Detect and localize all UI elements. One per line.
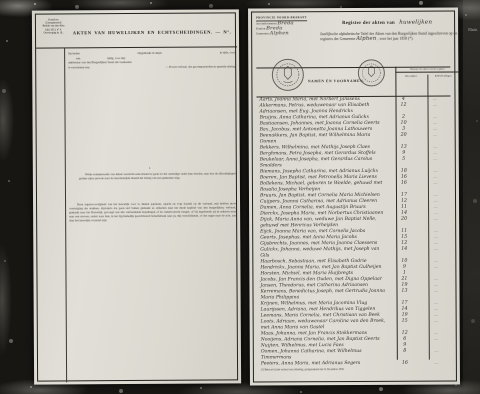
act-form-block: Op heden Opgemaakt in duplo in tijds, vo…: [68, 50, 235, 69]
row-echtscheidingen-num: —: [421, 348, 452, 354]
row-huwelijken-num: 5: [388, 157, 420, 163]
table-row: Beenakkers, Jan Baptist, met Wilhelmina …: [257, 132, 451, 145]
row-name: Oomen, Johanna Catharina, met Wilhelmus …: [258, 349, 389, 362]
table-row: Akkermans, Petrus, weduwenaar van Elisab…: [257, 102, 451, 115]
printed-note-paragraph-1: Welke nommerreeks van Akten vereischt ee…: [79, 171, 236, 180]
left-page: Kosteloos (Geregistreerd) Besluit van de…: [32, 9, 241, 384]
round-ink-stamp-right: [357, 59, 385, 87]
row-echtscheidingen-num: —: [420, 288, 451, 294]
table-row: Beukelaar, Anna Josepha, met Gerardus Ca…: [257, 156, 451, 169]
title-rule: [36, 46, 237, 48]
form-verschenen: is verschenen enz.: [68, 65, 90, 70]
scanned-register-photo: Kosteloos (Geregistreerd) Besluit van de…: [0, 0, 480, 394]
row-name: Dijck, Maria Anna van, weduwe Jan Baptis…: [257, 217, 388, 230]
row-huwelijken-num: 8: [389, 349, 421, 355]
left-page-border: Kosteloos (Geregistreerd) Besluit van de…: [35, 12, 238, 381]
gemeente-value: Alphen: [270, 30, 289, 36]
form-opgemaakt: Opgemaakt in duplo: [138, 51, 163, 56]
intro-gemeente-handwritten: Alphen: [356, 36, 376, 42]
row-name: Beenakkers, Jan Baptist, met Wilhelmina …: [257, 133, 388, 146]
bladz-label: Bladz.: [468, 28, 478, 32]
table-intro-paragraph: Jaarlijksche alphabetische Tafel der Akt…: [320, 31, 457, 43]
alphabetical-table: NAMEN EN VOORNAMEN. Nummer der akten van…: [256, 66, 452, 377]
intro-line3: jaar 1858 (*).: [393, 37, 414, 41]
table-footnote: (*) Behoort bij het verbaal van afsluiti…: [261, 368, 344, 371]
row-echtscheidingen-num: —: [420, 264, 451, 270]
printed-note-paragraph-2: Deze tegenwoordigheid van het huwelijk v…: [69, 201, 236, 222]
province-corner-block: PROVINCIE NOORD-BRABANT Arrondissement B…: [256, 16, 318, 36]
register-heading-handwritten: huwelijken: [399, 20, 432, 26]
table-row: Dijck, Maria Anna van, weduwe Jan Baptis…: [257, 216, 451, 229]
table-row: Peeters, Anna Maria, met Adrianus Segers…: [258, 360, 452, 365]
row-huwelijken-num: 14: [388, 247, 420, 253]
row-echtscheidingen-num: —: [420, 102, 451, 108]
row-name: Gulickx, Johanna, weduwe Mathijs, met Jo…: [257, 247, 388, 260]
right-page: PROVINCIE NOORD-BRABANT Arrondissement B…: [248, 7, 460, 385]
echtscheidingen-subheader: Echtscheidingen.: [427, 73, 459, 81]
row-huwelijken-num: 15: [389, 319, 421, 325]
row-echtscheidingen-num: —: [421, 336, 452, 342]
register-heading-label: Register der akten van: [342, 21, 395, 26]
row-echtscheidingen-num: —: [421, 318, 452, 324]
row-huwelijken-num: 16: [388, 181, 420, 187]
table-row: Oomen, Johanna Catharina, met Wilhelmus …: [258, 348, 452, 361]
row-name: Beukelaar, Anna Josepha, met Gerardus Ca…: [257, 157, 388, 170]
row-echtscheidingen-num: —: [421, 360, 452, 365]
number-group-header: Nummer der akten van het register: [395, 66, 459, 72]
row-huwelijken-num: 12: [388, 103, 420, 109]
row-huwelijken-num: 20: [388, 133, 420, 139]
left-page-title: AKTEN VAN HUWELIJKEN EN ECHTSCHEIDINGEN.…: [66, 29, 238, 35]
row-name: Bollekens, Michael, geboren te Weelde, g…: [257, 181, 388, 194]
row-echtscheidingen-num: —: [420, 246, 451, 252]
page-mark: 1: [149, 166, 151, 170]
round-ink-stamp-left: [271, 58, 304, 91]
row-name: Loots, Adriaan, weduwenaar Carolina van …: [258, 319, 389, 332]
right-page-border: PROVINCIE NOORD-BRABANT Arrondissement B…: [251, 10, 457, 382]
row-echtscheidingen-num: —: [420, 216, 451, 222]
table-row: Gulickx, Johanna, weduwe Mathijs, met Jo…: [257, 246, 451, 259]
form-proces-verbaal: — Proces-verbaal, des gecompareerden in …: [165, 64, 235, 69]
registration-corner-note: Kosteloos (Geregistreerd) Besluit van de…: [39, 17, 68, 49]
form-in-tijds: in tijds, voor: [220, 50, 235, 55]
table-row: Kerremans, Benedictus Joseph, met Gertru…: [257, 288, 451, 301]
row-echtscheidingen-num: —: [420, 132, 451, 138]
row-echtscheidingen-num: —: [420, 156, 451, 162]
table-row: Loots, Adriaan, weduwenaar Carolina van …: [258, 318, 452, 331]
form-tijdig: tijdig, voor mij: [107, 56, 125, 60]
row-huwelijken-num: 13: [388, 289, 420, 295]
table-rows: Aarts, Joanna Maria, met Norbert Janssen…: [256, 96, 451, 365]
table-row: Bollekens, Michael, geboren te Weelde, g…: [257, 180, 451, 193]
adjacent-page-sliver: Bladz.: [463, 0, 480, 394]
row-huwelijken-num: 16: [389, 361, 421, 366]
scan-noise: [0, 0, 2, 2]
gemeente-label: Gemeente: [256, 32, 269, 36]
row-name: Peeters, Anna Maria, met Adrianus Segers: [258, 361, 389, 366]
row-huwelijken-num: 20: [388, 217, 420, 223]
intro-line2-post: , voor het: [377, 37, 391, 41]
margin-rule: [64, 47, 67, 382]
row-name: Kerremans, Benedictus Joseph, met Gertru…: [257, 289, 388, 302]
row-name: Akkermans, Petrus, weduwenaar van Elisab…: [257, 103, 388, 116]
form-een: een: [76, 56, 80, 60]
register-heading: Register der akten van huwelijken: [318, 19, 456, 26]
huwelijken-subheader: Huwelijken.: [395, 73, 427, 81]
row-echtscheidingen-num: —: [420, 180, 451, 186]
